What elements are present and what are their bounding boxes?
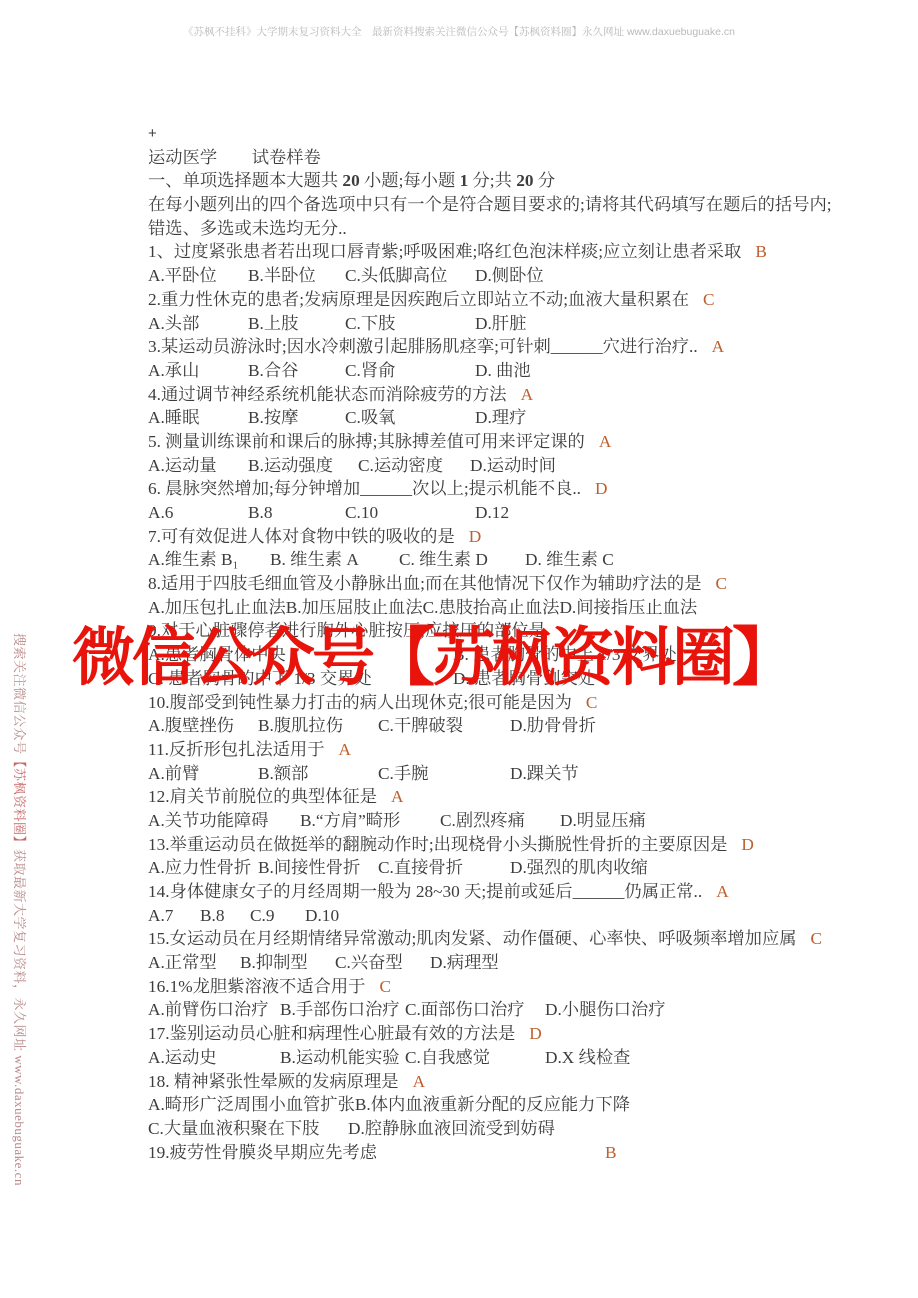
section-heading: 一、单项选择题本大题共 20 小题;每小题 1 分;共 20 分 bbox=[148, 169, 828, 193]
question-text: 16.1%龙胆紫溶液不适合用于C bbox=[148, 975, 828, 999]
option: D.理疗 bbox=[475, 406, 526, 430]
option: A.运动量 bbox=[148, 454, 248, 478]
exam-document-page: 《苏枫不挂科》大学期末复习资料大全 最新资料搜索关注微信公众号【苏枫资料圈】永久… bbox=[0, 0, 918, 1298]
option: A.前臂伤口治疗 bbox=[148, 998, 280, 1022]
options-line: A.7B.8C.9D.10 bbox=[148, 904, 828, 928]
question-text: 8.适用于四肢毛细血管及小静脉出血;而在其他情况下仅作为辅助疗法的是C bbox=[148, 572, 828, 596]
options-line: A.畸形广泛周围小血管扩张B.体内血液重新分配的反应能力下降 bbox=[148, 1093, 828, 1117]
option: C.兴奋型 bbox=[335, 951, 430, 975]
option: C. 维生素 D bbox=[399, 548, 525, 572]
options-line: A.维生素 B₁B. 维生素 AC. 维生素 DD. 维生素 C bbox=[148, 548, 828, 572]
answer-letter: C bbox=[811, 929, 823, 948]
plus-mark: + bbox=[148, 122, 828, 146]
instruction-line: 错选、多选或未选均无分.. bbox=[148, 217, 828, 241]
option: B. 维生素 A bbox=[270, 548, 399, 572]
option: A.正常型 bbox=[148, 951, 240, 975]
option: C.10 bbox=[345, 501, 475, 525]
option: C.下肢 bbox=[345, 312, 475, 336]
answer-letter: A bbox=[391, 787, 403, 806]
answer-letter: A bbox=[413, 1072, 425, 1091]
option: A.睡眠 bbox=[148, 406, 248, 430]
options-line: C.大量血液积聚在下肢D.腔静脉血液回流受到妨碍 bbox=[148, 1117, 828, 1141]
answer-letter: A bbox=[712, 337, 724, 356]
option: D.踝关节 bbox=[510, 762, 579, 786]
option: A.关节功能障碍 bbox=[148, 809, 300, 833]
option: A.运动史 bbox=[148, 1046, 280, 1070]
instruction-line: 在每小题列出的四个备选项中只有一个是符合题目要求的;请将其代码填写在题后的括号内… bbox=[148, 193, 828, 217]
option: A.前臂 bbox=[148, 762, 258, 786]
option: A.头部 bbox=[148, 312, 248, 336]
option: B.抑制型 bbox=[240, 951, 335, 975]
option: C.头低脚高位 bbox=[345, 264, 475, 288]
question-text: 6. 晨脉突然增加;每分钟增加______次以上;提示机能不良..D bbox=[148, 477, 828, 501]
option: B.8 bbox=[200, 904, 250, 928]
options-line: A.腹壁挫伤B.腹肌拉伤C.干脾破裂D.肋骨骨折 bbox=[148, 714, 828, 738]
option: D. 维生素 C bbox=[525, 548, 614, 572]
option: D.12 bbox=[475, 501, 509, 525]
red-watermark: 微信公众号【苏枫资料圈】 bbox=[72, 607, 792, 698]
option: B.间接性骨折 bbox=[258, 856, 378, 880]
answer-letter: A bbox=[716, 882, 728, 901]
question-text: 12.肩关节前脱位的典型体征是A bbox=[148, 785, 828, 809]
option: C.直接骨折 bbox=[378, 856, 510, 880]
option: C.干脾破裂 bbox=[378, 714, 510, 738]
answer-letter: A bbox=[599, 432, 611, 451]
option: D.10 bbox=[305, 904, 339, 928]
question-text: 14.身体健康女子的月经周期一般为 28~30 天;提前或延后______仍属正… bbox=[148, 880, 828, 904]
question-text: 17.鉴别运动员心脏和病理性心脏最有效的方法是D bbox=[148, 1022, 828, 1046]
option: A.维生素 B₁ bbox=[148, 548, 270, 572]
option: B.上肢 bbox=[248, 312, 345, 336]
options-line: A.承山B.合谷C.肾俞D. 曲池 bbox=[148, 359, 828, 383]
option: A.7 bbox=[148, 904, 200, 928]
answer-letter: A bbox=[339, 740, 351, 759]
option: B.腹肌拉伤 bbox=[258, 714, 378, 738]
option: C.大量血液积聚在下肢 bbox=[148, 1117, 348, 1141]
option: C.9 bbox=[250, 904, 305, 928]
options-line: A.前臂伤口治疗B.手部伤口治疗C.面部伤口治疗D.小腿伤口治疗 bbox=[148, 998, 828, 1022]
option: B.运动机能实验 bbox=[280, 1046, 405, 1070]
option: C.剧烈疼痛 bbox=[440, 809, 560, 833]
options-line: A.关节功能障碍B.“方肩”畸形C.剧烈疼痛D.明显压痛 bbox=[148, 809, 828, 833]
answer-letter: B bbox=[755, 242, 767, 261]
question-text: 11.反折形包扎法适用于A bbox=[148, 738, 828, 762]
option: A.平卧位 bbox=[148, 264, 248, 288]
option: D.侧卧位 bbox=[475, 264, 544, 288]
option: D.小腿伤口治疗 bbox=[545, 998, 666, 1022]
options-line: A.平卧位B.半卧位C.头低脚高位D.侧卧位 bbox=[148, 264, 828, 288]
option: A.承山 bbox=[148, 359, 248, 383]
options-line: A.运动史B.运动机能实验C.自我感觉D.X 线检查 bbox=[148, 1046, 828, 1070]
option: A.6 bbox=[148, 501, 248, 525]
options-line: A.运动量B.运动强度C.运动密度D.运动时间 bbox=[148, 454, 828, 478]
question-text: 7.可有效促进人体对食物中铁的吸收的是D bbox=[148, 525, 828, 549]
option: C.吸氧 bbox=[345, 406, 475, 430]
option: D. 曲池 bbox=[475, 359, 531, 383]
option: B.8 bbox=[248, 501, 345, 525]
options-line: A.头部B.上肢C.下肢D.肝脏 bbox=[148, 312, 828, 336]
question-text: 15.女运动员在月经期情绪异常激动;肌肉发紧、动作僵硬、心率快、呼吸频率增加应属… bbox=[148, 927, 828, 951]
question-text: 18. 精神紧张性晕厥的发病原理是A bbox=[148, 1070, 828, 1094]
options-line: A.前臂B.额部C.手腕D.踝关节 bbox=[148, 762, 828, 786]
option: A.腹壁挫伤 bbox=[148, 714, 258, 738]
option: D.强烈的肌肉收缩 bbox=[510, 856, 648, 880]
question-text: 3.某运动员游泳时;因水冷刺激引起腓肠肌痉挛;可针刺______穴进行治疗..A bbox=[148, 335, 828, 359]
option: B.运动强度 bbox=[248, 454, 358, 478]
answer-letter: D bbox=[529, 1024, 541, 1043]
option: A.应力性骨折 bbox=[148, 856, 258, 880]
option: B.合谷 bbox=[248, 359, 345, 383]
top-banner: 《苏枫不挂科》大学期末复习资料大全 最新资料搜索关注微信公众号【苏枫资料圈】永久… bbox=[0, 24, 918, 39]
option: D.病理型 bbox=[430, 951, 499, 975]
option: D.运动时间 bbox=[470, 454, 556, 478]
options-line: A.6B.8C.10D.12 bbox=[148, 501, 828, 525]
option: C.肾俞 bbox=[345, 359, 475, 383]
question-text: 4.通过调节神经系统机能状态而消除疲劳的方法A bbox=[148, 383, 828, 407]
questions: 1、过度紧张患者若出现口唇青紫;呼吸困难;咯红色泡沫样痰;应立刻让患者采取BA.… bbox=[148, 240, 828, 1164]
question-text: 2.重力性休克的患者;发病原理是因疾跑后立即站立不动;血液大量积累在C bbox=[148, 288, 828, 312]
option: B.体内血液重新分配的反应能力下降 bbox=[355, 1093, 630, 1117]
option: D.肋骨骨折 bbox=[510, 714, 596, 738]
option: D.肝脏 bbox=[475, 312, 526, 336]
option: B.手部伤口治疗 bbox=[280, 998, 405, 1022]
options-line: A.睡眠B.按摩C.吸氧D.理疗 bbox=[148, 406, 828, 430]
options-line: A.正常型B.抑制型C.兴奋型D.病理型 bbox=[148, 951, 828, 975]
option: B.按摩 bbox=[248, 406, 345, 430]
left-watermark: 搜索关注微信公众号【苏枫资料圈】获取最新大学复习资料，永久网址 www.daxu… bbox=[11, 633, 30, 1186]
option: D.腔静脉血液回流受到妨碍 bbox=[348, 1117, 555, 1141]
option: C.面部伤口治疗 bbox=[405, 998, 545, 1022]
question-text: 5. 测量训练课前和课后的脉搏;其脉搏差值可用来评定课的A bbox=[148, 430, 828, 454]
page-title: 运动医学 试卷样卷 bbox=[148, 146, 828, 170]
answer-letter: D bbox=[595, 479, 607, 498]
option: C.手腕 bbox=[378, 762, 510, 786]
question-text: 1、过度紧张患者若出现口唇青紫;呼吸困难;咯红色泡沫样痰;应立刻让患者采取B bbox=[148, 240, 828, 264]
answer-letter: D bbox=[741, 835, 753, 854]
option: B.半卧位 bbox=[248, 264, 345, 288]
question-text: 13.举重运动员在做挺举的翻腕动作时;出现桡骨小头撕脱性骨折的主要原因是D bbox=[148, 833, 828, 857]
answer-letter: C bbox=[379, 977, 391, 996]
answer-letter: B bbox=[605, 1143, 617, 1162]
option: A.畸形广泛周围小血管扩张 bbox=[148, 1093, 355, 1117]
answer-letter: D bbox=[469, 527, 481, 546]
option: D.X 线检查 bbox=[545, 1046, 630, 1070]
answer-letter: C bbox=[703, 290, 715, 309]
option: C.运动密度 bbox=[358, 454, 470, 478]
option: C.自我感觉 bbox=[405, 1046, 545, 1070]
option: D.明显压痛 bbox=[560, 809, 646, 833]
question-text: 19.疲劳性骨膜炎早期应先考虑B bbox=[148, 1141, 828, 1165]
answer-letter: C bbox=[715, 574, 727, 593]
option: B.“方肩”畸形 bbox=[300, 809, 440, 833]
options-line: A.应力性骨折B.间接性骨折C.直接骨折D.强烈的肌肉收缩 bbox=[148, 856, 828, 880]
option: B.额部 bbox=[258, 762, 378, 786]
answer-letter: A bbox=[521, 385, 533, 404]
